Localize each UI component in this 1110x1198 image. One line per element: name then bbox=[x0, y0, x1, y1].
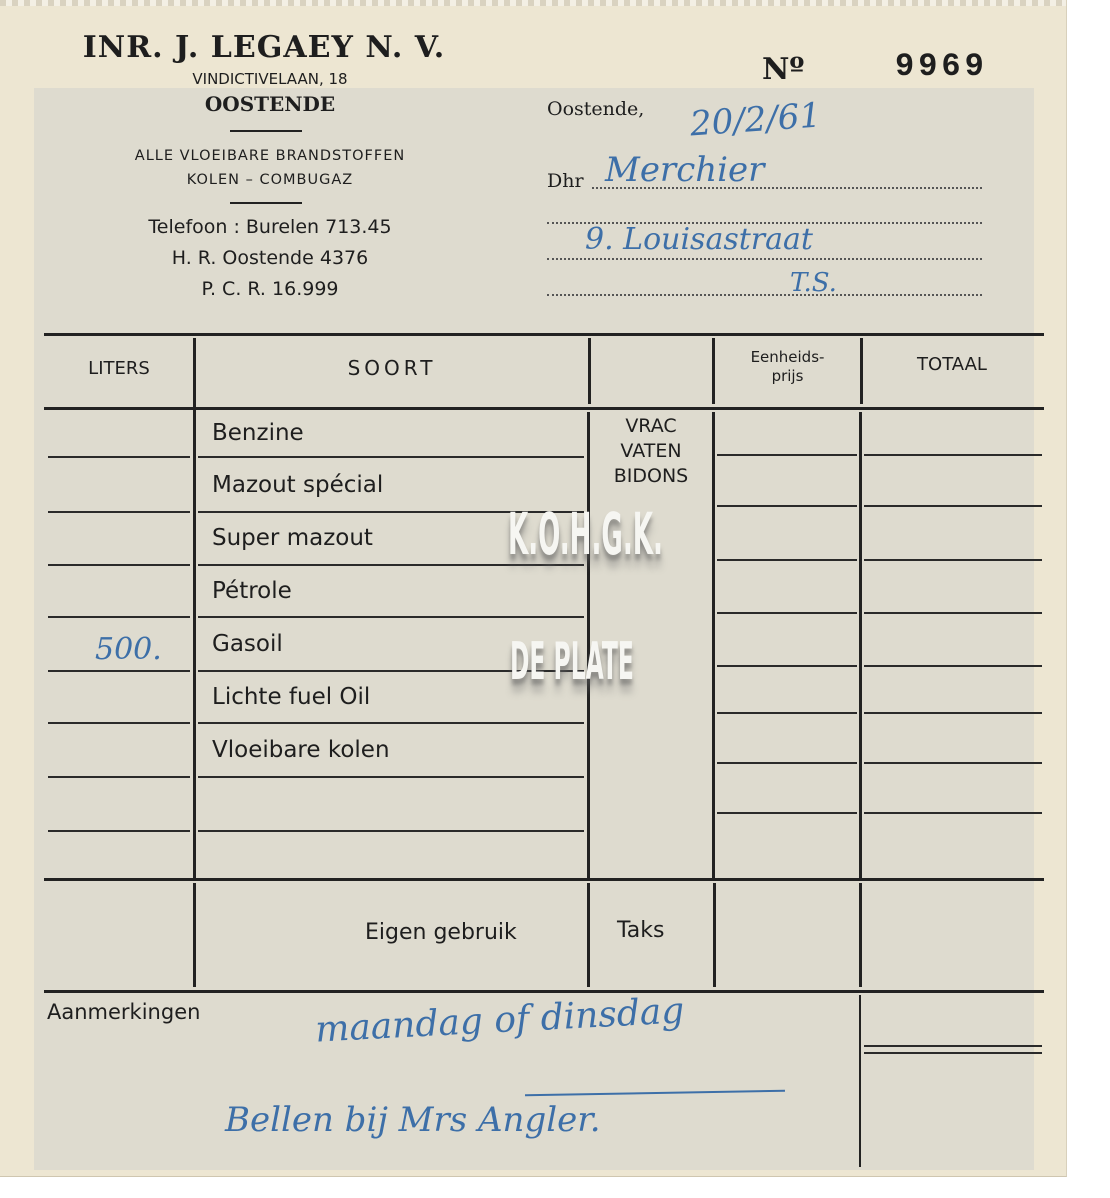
grand-total-rule bbox=[864, 1052, 1042, 1054]
row-rule bbox=[48, 670, 190, 672]
address-dotted-line bbox=[547, 294, 982, 296]
remarks-label: Aanmerkingen bbox=[47, 1000, 200, 1024]
company-address: VINDICTIVELAAN, 18 bbox=[40, 70, 500, 88]
item-vloeibare-kolen: Vloeibare kolen bbox=[212, 737, 390, 763]
row-rule bbox=[198, 830, 584, 832]
item-petrole: Pétrole bbox=[212, 578, 292, 604]
row-rule bbox=[48, 511, 190, 513]
row-rule bbox=[48, 776, 190, 778]
remarks-right-divider bbox=[859, 995, 861, 1167]
col-divider-liters bbox=[193, 338, 196, 878]
item-gasoil: Gasoil bbox=[212, 631, 283, 657]
item-mazout-special: Mazout spécial bbox=[212, 472, 383, 498]
unit-price-line-2: prijs bbox=[715, 367, 860, 386]
row-rule bbox=[717, 762, 857, 764]
col-divider-packaging bbox=[713, 883, 716, 987]
tagline-fuels: ALLE VLOEIBARE BRANDSTOFFEN bbox=[40, 148, 500, 164]
col-divider-unitprice bbox=[859, 883, 862, 987]
column-header-unit-price: Eenheids- prijs bbox=[715, 348, 860, 386]
row-rule bbox=[864, 559, 1042, 561]
letterhead-divider bbox=[230, 130, 302, 132]
item-super-mazout: Super mazout bbox=[212, 525, 373, 551]
row-rule bbox=[717, 665, 857, 667]
row-rule bbox=[48, 722, 190, 724]
col-divider-unitprice bbox=[859, 412, 862, 878]
row-rule bbox=[48, 616, 190, 618]
watermark-kohgk: K.O.H.G.K. bbox=[508, 500, 663, 568]
row-rule bbox=[864, 665, 1042, 667]
row-rule bbox=[48, 564, 190, 566]
row-rule bbox=[864, 505, 1042, 507]
address-line-1-field[interactable]: 9. Louisastraat bbox=[585, 222, 813, 257]
grand-total-rule bbox=[864, 1045, 1042, 1047]
column-header-liters: LITERS bbox=[44, 358, 194, 379]
remarks-line-2-field[interactable]: Bellen bij Mrs Angler. bbox=[225, 1100, 601, 1140]
packaging-vrac[interactable]: VRAC bbox=[590, 414, 712, 439]
invoice-number: 9969 bbox=[895, 48, 988, 85]
row-rule bbox=[198, 776, 584, 778]
pcr-number: P. C. R. 16.999 bbox=[40, 278, 500, 300]
row-rule bbox=[864, 612, 1042, 614]
row-rule bbox=[198, 722, 584, 724]
row-rule bbox=[717, 505, 857, 507]
place-label: Oostende, bbox=[547, 98, 644, 120]
row-rule bbox=[717, 454, 857, 456]
company-name: INR. J. LEGAEY N. V. bbox=[44, 30, 484, 65]
col-divider-liters bbox=[193, 883, 196, 987]
col-divider-soort bbox=[587, 883, 590, 987]
item-benzine: Benzine bbox=[212, 420, 304, 446]
tax-label: Taks bbox=[617, 918, 664, 943]
row-rule bbox=[717, 612, 857, 614]
packaging-vaten[interactable]: VATEN bbox=[590, 439, 712, 464]
table-top-rule bbox=[44, 333, 1044, 336]
unit-price-line-1: Eenheids- bbox=[715, 348, 860, 367]
column-header-total: TOTAAL bbox=[862, 354, 1042, 375]
row-rule bbox=[864, 454, 1042, 456]
own-use-label: Eigen gebruik bbox=[365, 920, 517, 945]
row-rule bbox=[717, 812, 857, 814]
watermark-de-plate: DE PLATE bbox=[510, 632, 634, 692]
col-divider-packaging bbox=[712, 412, 715, 878]
tagline-coal: KOLEN – COMBUGAZ bbox=[40, 172, 500, 188]
row-rule bbox=[198, 456, 584, 458]
row-rule bbox=[717, 712, 857, 714]
item-lichte-fuel-oil: Lichte fuel Oil bbox=[212, 684, 370, 710]
row-rule bbox=[48, 456, 190, 458]
row-rule bbox=[864, 762, 1042, 764]
invoice-paper: INR. J. LEGAEY N. V. VINDICTIVELAAN, 18 … bbox=[0, 0, 1067, 1177]
phone-info: Telefoon : Burelen 713.45 bbox=[40, 216, 500, 238]
packaging-options: VRAC VATEN BIDONS bbox=[590, 414, 712, 489]
table-body-bottom-rule bbox=[44, 878, 1044, 881]
packaging-bidons[interactable]: BIDONS bbox=[590, 464, 712, 489]
trade-register: H. R. Oostende 4376 bbox=[40, 247, 500, 269]
company-city: OOSTENDE bbox=[40, 92, 500, 116]
letterhead-divider bbox=[230, 202, 302, 204]
address-dotted-line bbox=[547, 258, 982, 260]
col-divider-soort bbox=[588, 338, 591, 404]
table-footer-bottom-rule bbox=[44, 990, 1044, 993]
perforated-edge bbox=[0, 0, 1066, 6]
row-rule bbox=[48, 830, 190, 832]
row-rule bbox=[864, 812, 1042, 814]
row-rule bbox=[864, 712, 1042, 714]
row-rule bbox=[198, 616, 584, 618]
liters-gasoil-field[interactable]: 500. bbox=[95, 632, 162, 667]
column-header-soort: SOORT bbox=[196, 356, 588, 380]
customer-field[interactable]: Merchier bbox=[605, 150, 764, 190]
customer-label: Dhr bbox=[547, 170, 584, 192]
number-label: Nº bbox=[762, 52, 804, 87]
row-rule bbox=[717, 559, 857, 561]
